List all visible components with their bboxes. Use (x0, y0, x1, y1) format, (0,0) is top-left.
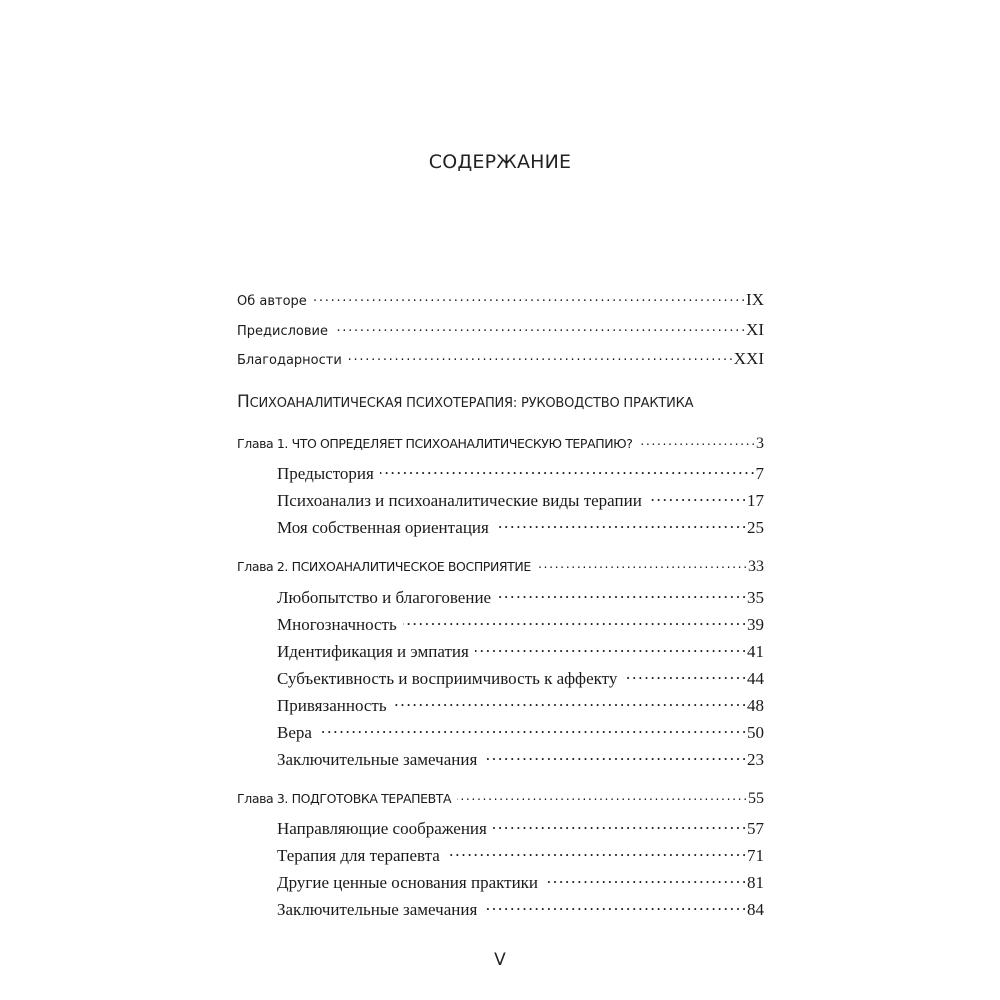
toc-chapter-label: Глава 3. ПОДГОТОВКА ТЕРАПЕВТА (237, 791, 457, 806)
toc-section[interactable]: Направляющие соображения 57 (237, 817, 764, 839)
leader-dots (483, 898, 745, 915)
page-title: СОДЕРЖАНИЕ (0, 151, 1000, 173)
toc-section-page: 23 (745, 750, 764, 770)
leader-dots (403, 613, 745, 630)
toc-chapter-page: 55 (746, 790, 764, 808)
toc-chapter-2[interactable]: Глава 2. ПСИХОАНАЛИТИЧЕСКОЕ ВОСПРИЯТИЕ 3… (237, 558, 764, 576)
leader-dots (380, 462, 754, 479)
leader-dots (495, 516, 745, 533)
leader-dots (483, 748, 745, 765)
leader-dots (348, 351, 732, 364)
leader-dots (544, 871, 745, 888)
toc-section-page: 57 (745, 819, 764, 839)
part-heading: ПСИХОАНАЛИТИЧЕСКАЯ ПСИХОТЕРАПИЯ: РУКОВОД… (237, 392, 693, 412)
toc-section[interactable]: Моя собственная ориентация 25 (237, 516, 764, 538)
toc-section[interactable]: Заключительные замечания 23 (237, 748, 764, 770)
toc-section-page: 84 (745, 900, 764, 920)
toc-section-label: Другие ценные основания практики (277, 873, 544, 893)
toc-section[interactable]: Терапия для терапевта 71 (237, 844, 764, 866)
toc-entry-label: Предисловие (237, 324, 334, 339)
toc-section[interactable]: Многозначность 39 (237, 613, 764, 635)
toc-entry-label: Об авторе (237, 294, 313, 309)
toc-entry-page: IX (744, 290, 764, 310)
page-number: V (0, 950, 1000, 970)
toc-section-page: 17 (745, 491, 764, 511)
toc-section[interactable]: Привязанность 48 (237, 694, 764, 716)
leader-dots (639, 436, 755, 449)
toc-chapter-label: Глава 2. ПСИХОАНАЛИТИЧЕСКОЕ ВОСПРИЯТИЕ (237, 559, 537, 574)
toc-chapter-1[interactable]: Глава 1. ЧТО ОПРЕДЕЛЯЕТ ПСИХОАНАЛИТИЧЕСК… (237, 435, 764, 453)
toc-entry-acknowledgments[interactable]: Благодарности XXI (237, 349, 764, 369)
leader-dots (393, 694, 745, 711)
toc-section-page: 41 (745, 642, 764, 662)
leader-dots (648, 489, 745, 506)
leader-dots (623, 667, 745, 684)
toc-section-label: Многозначность (277, 615, 403, 635)
toc-section-page: 48 (745, 696, 764, 716)
toc-chapter-page: 3 (754, 435, 764, 453)
toc-section[interactable]: Идентификация и эмпатия 41 (237, 640, 764, 662)
toc-section-label: Заключительные замечания (277, 750, 483, 770)
toc-section[interactable]: Субъективность и восприимчивость к аффек… (237, 667, 764, 689)
toc-chapter-label: Глава 1. ЧТО ОПРЕДЕЛЯЕТ ПСИХОАНАЛИТИЧЕСК… (237, 436, 639, 451)
leader-dots (446, 844, 745, 861)
leader-dots (497, 586, 745, 603)
leader-dots (313, 292, 744, 305)
toc-section[interactable]: Предыстория 7 (237, 462, 764, 484)
leader-dots (334, 322, 744, 335)
toc-section-label: Субъективность и восприимчивость к аффек… (277, 669, 623, 689)
toc-section[interactable]: Другие ценные основания практики 81 (237, 871, 764, 893)
leader-dots (493, 817, 745, 834)
toc-section-page: 50 (745, 723, 764, 743)
leader-dots (457, 791, 746, 804)
toc-entry-page: XXI (732, 349, 764, 369)
toc-section-page: 71 (745, 846, 764, 866)
toc-section-label: Направляющие соображения (277, 819, 493, 839)
toc-section-label: Терапия для терапевта (277, 846, 446, 866)
toc-section-label: Любопытство и благоговение (277, 588, 497, 608)
toc-section[interactable]: Заключительные замечания 84 (237, 898, 764, 920)
toc-section[interactable]: Психоанализ и психоаналитические виды те… (237, 489, 764, 511)
toc-section-label: Привязанность (277, 696, 393, 716)
toc-chapter-page: 33 (746, 558, 764, 576)
toc-section-label: Вера (277, 723, 318, 743)
toc-entry-label: Благодарности (237, 353, 348, 368)
toc-chapter-3[interactable]: Глава 3. ПОДГОТОВКА ТЕРАПЕВТА 55 (237, 790, 764, 808)
toc-section-page: 81 (745, 873, 764, 893)
toc-section-label: Моя собственная ориентация (277, 518, 495, 538)
part-heading-initial: П (237, 392, 250, 412)
toc-section-page: 39 (745, 615, 764, 635)
toc-entry-page: XI (744, 320, 764, 340)
leader-dots (537, 559, 746, 572)
toc-section[interactable]: Вера 50 (237, 721, 764, 743)
toc-section-page: 44 (745, 669, 764, 689)
toc-entry-about-author[interactable]: Об авторе IX (237, 290, 764, 310)
part-heading-text: СИХОАНАЛИТИЧЕСКАЯ ПСИХОТЕРАПИЯ: РУКОВОДС… (250, 396, 694, 411)
leader-dots (318, 721, 745, 738)
toc-section-label: Заключительные замечания (277, 900, 483, 920)
toc-section-label: Предыстория (277, 464, 380, 484)
leader-dots (475, 640, 745, 657)
toc-section-label: Идентификация и эмпатия (277, 642, 475, 662)
toc-entry-preface[interactable]: Предисловие XI (237, 320, 764, 340)
toc-section-label: Психоанализ и психоаналитические виды те… (277, 491, 648, 511)
toc-section[interactable]: Любопытство и благоговение 35 (237, 586, 764, 608)
toc-section-page: 35 (745, 588, 764, 608)
toc-section-page: 25 (745, 518, 764, 538)
toc-section-page: 7 (754, 464, 765, 484)
